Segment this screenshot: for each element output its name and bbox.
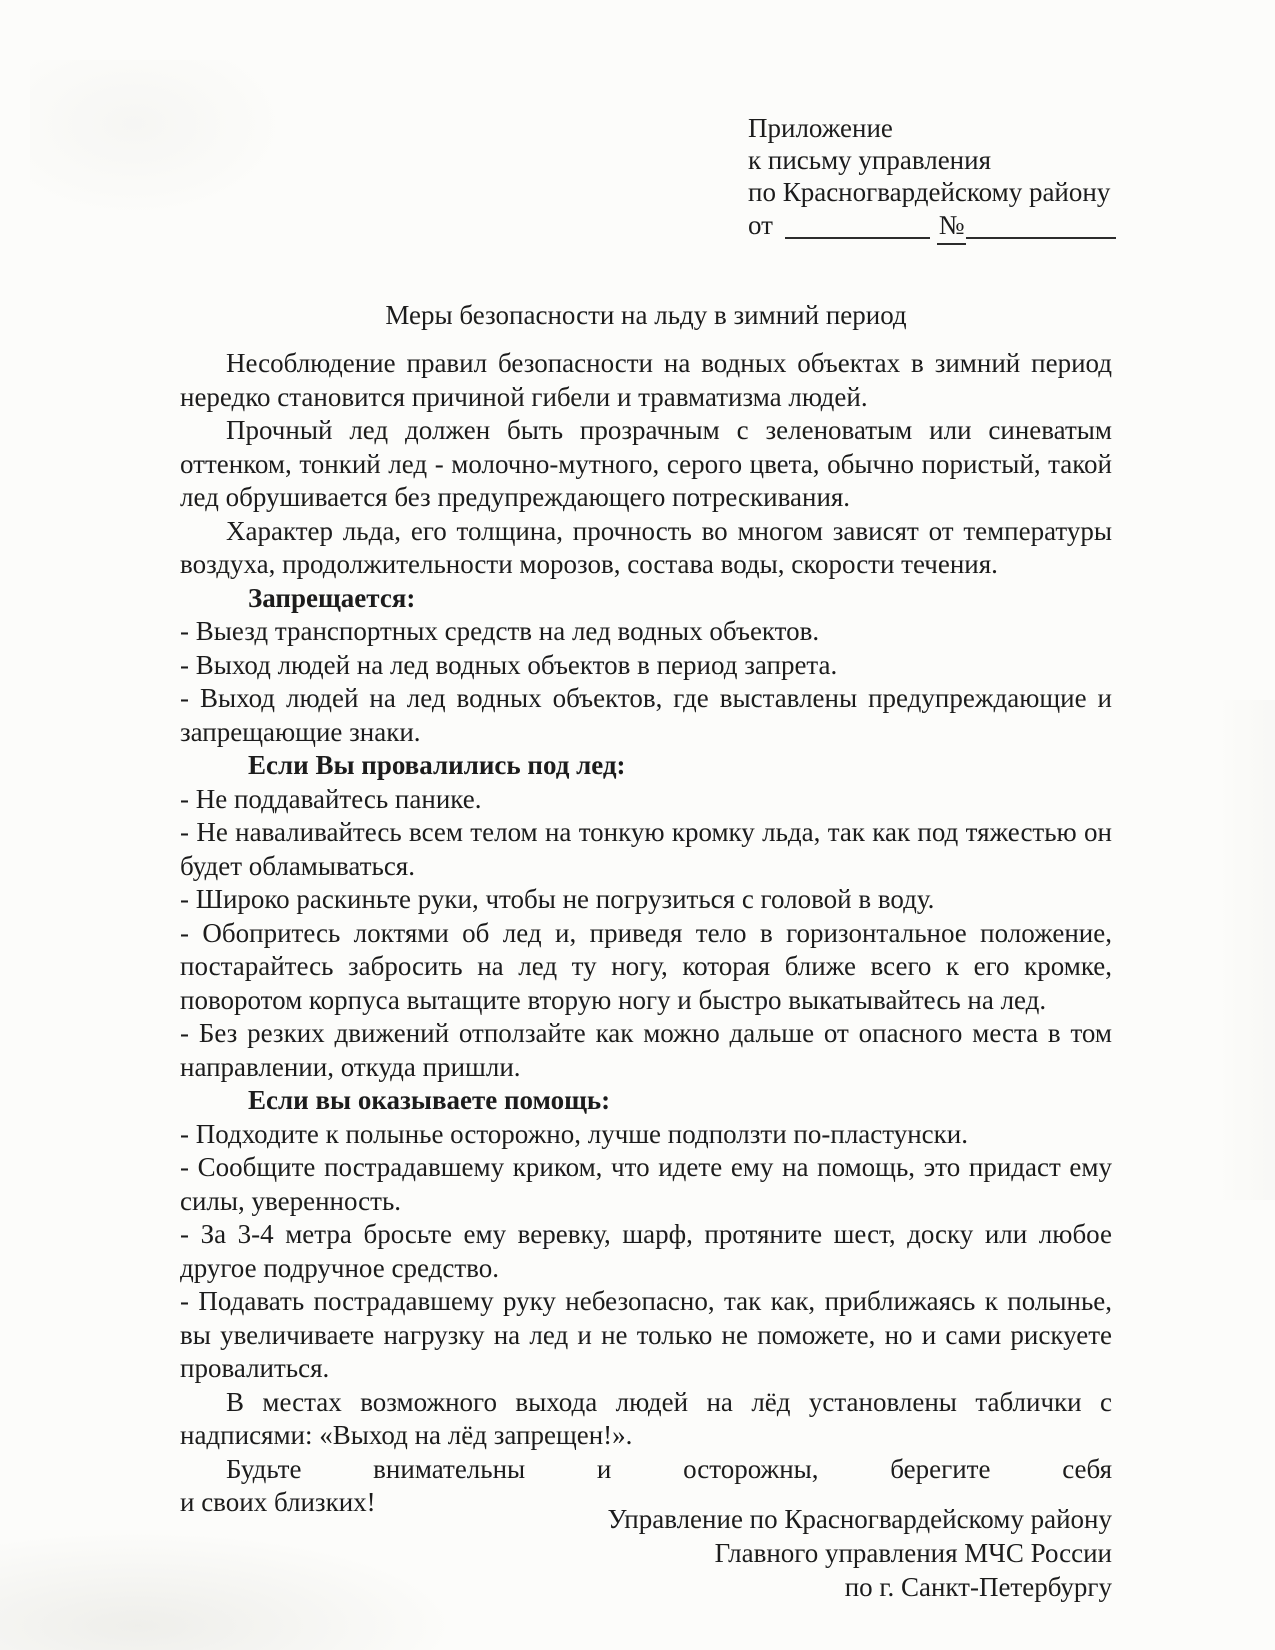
list-item: - Выход людей на лед водных объектов, гд… <box>180 682 1112 749</box>
header-line: Приложение <box>748 112 1178 144</box>
signature-block: Управление по Красногвардейскому районуГ… <box>412 1502 1112 1604</box>
signature-line: по г. Санкт-Петербургу <box>412 1570 1112 1604</box>
header-line: к письму управления <box>748 144 1178 176</box>
list-item: - Подавать пострадавшему руку небезопасн… <box>180 1285 1112 1386</box>
paragraph-line: В местах возможного выхода людей на лёд … <box>180 1386 1112 1420</box>
section-heading: Если Вы провалились под лед: <box>180 749 1112 783</box>
list-item: - Выезд транспортных средств на лед водн… <box>180 615 1112 649</box>
scan-artifact <box>0 1530 460 1650</box>
signature-line: Главного управления МЧС России <box>412 1536 1112 1570</box>
list-item: - Без резких движений отползайте как мож… <box>180 1017 1112 1084</box>
list-item: - Подходите к полынье осторожно, лучше п… <box>180 1118 1112 1152</box>
scanned-document-page: Приложениек письму управленияпо Красногв… <box>0 0 1275 1650</box>
list-item: - Не поддавайтесь панике. <box>180 783 1112 817</box>
number-label: № <box>937 210 967 245</box>
list-item: - Обопритесь локтями об лед и, приведя т… <box>180 917 1112 1018</box>
scan-artifact <box>1215 700 1275 1200</box>
header-line: по Красногвардейскому району <box>748 176 1178 208</box>
document-paragraph: В местах возможного выхода людей на лёд … <box>180 1386 1112 1453</box>
list-item: - Сообщите пострадавшему криком, что иде… <box>180 1151 1112 1218</box>
letter-reference-block: Приложениек письму управленияпо Красногв… <box>748 112 1178 241</box>
document-body: Несоблюдение правил безопасности на водн… <box>180 347 1112 1520</box>
number-blank-line <box>966 235 1116 239</box>
list-item: - Широко раскиньте руки, чтобы не погруз… <box>180 883 1112 917</box>
signature-line: Управление по Красногвардейскому району <box>412 1502 1112 1536</box>
from-label: от <box>748 210 773 240</box>
scan-artifact <box>30 60 290 220</box>
list-item: - За 3-4 метра бросьте ему веревку, шарф… <box>180 1218 1112 1285</box>
section-heading: Запрещается: <box>180 582 1112 616</box>
section-heading: Если вы оказываете помощь: <box>180 1084 1112 1118</box>
document-paragraph: Прочный лед должен быть прозрачным с зел… <box>180 414 1112 515</box>
list-item: - Не наваливайтесь всем телом на тонкую … <box>180 816 1112 883</box>
date-blank-line <box>785 235 930 239</box>
paragraph-line: надписями: «Выход на лёд запрещен!». <box>180 1419 1112 1453</box>
paragraph-line: Будьте внимательны и осторожны, берегите… <box>180 1453 1112 1487</box>
list-item: - Выход людей на лед водных объектов в п… <box>180 649 1112 683</box>
document-paragraph: Несоблюдение правил безопасности на водн… <box>180 347 1112 414</box>
letter-reference-lines: Приложениек письму управленияпо Красногв… <box>748 112 1178 208</box>
document-title: Меры безопасности на льду в зимний перио… <box>180 299 1112 332</box>
document-paragraph: Характер льда, его толщина, прочность во… <box>180 515 1112 582</box>
date-number-line: от № <box>748 209 1178 241</box>
